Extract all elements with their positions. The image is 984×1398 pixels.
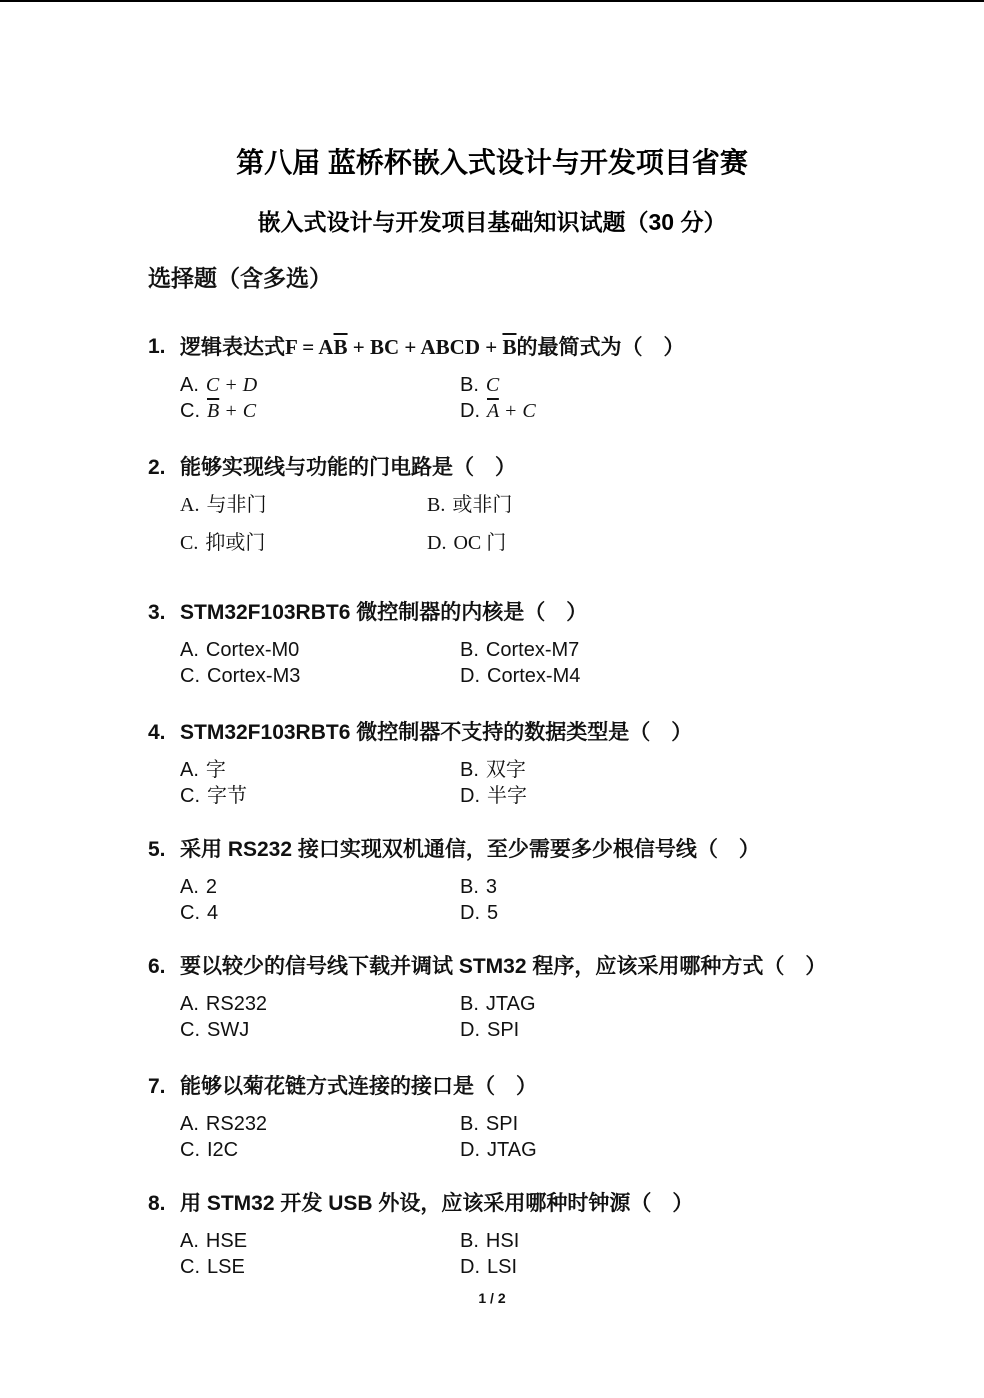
question-6-options: A.RS232 B.JTAG C.SWJ D.SPI (180, 991, 984, 1043)
question-1-stem: 1. 逻辑表达式F = AB + BC + ABCD + B的最简式为（ ） (148, 333, 984, 362)
question-6-option-c: C.SWJ (180, 1017, 460, 1043)
question-7-option-a: A.RS232 (180, 1111, 460, 1137)
exam-document-page: 第八届 蓝桥杯嵌入式设计与开发项目省赛 嵌入式设计与开发项目基础知识试题（30 … (0, 0, 984, 1398)
question-4-option-a: A.字 (180, 757, 460, 783)
question-6-option-b: B.JTAG (460, 991, 740, 1017)
question-3-option-b: B.Cortex-M7 (460, 637, 740, 663)
question-5-text: 采用 RS232 接口实现双机通信，至少需要多少根信号线（ ） (180, 836, 760, 864)
question-5-options: A.2 B.3 C.4 D.5 (180, 874, 984, 926)
question-8-stem: 8. 用 STM32 开发 USB 外设，应该采用哪种时钟源（ ） (148, 1190, 984, 1218)
question-5-number: 5. (148, 836, 180, 864)
question-3-option-d: D.Cortex-M4 (460, 663, 740, 689)
question-6-stem: 6. 要以较少的信号线下载并调试 STM32 程序，应该采用哪种方式（ ） (148, 953, 984, 981)
question-6-number: 6. (148, 953, 180, 981)
question-5-option-a: A.2 (180, 874, 460, 900)
question-4-number: 4. (148, 719, 180, 747)
question-3-option-a: A.Cortex-M0 (180, 637, 460, 663)
question-7-number: 7. (148, 1073, 180, 1101)
question-7-options: A.RS232 B.SPI C.I2C D.JTAG (180, 1111, 984, 1163)
question-2-number: 2. (148, 454, 180, 482)
question-6-option-a: A.RS232 (180, 991, 460, 1017)
question-3-text: STM32F103RBT6 微控制器的内核是（ ） (180, 599, 587, 627)
question-3-options: A.Cortex-M0 B.Cortex-M7 C.Cortex-M3 D.Co… (180, 637, 984, 689)
question-6: 6. 要以较少的信号线下载并调试 STM32 程序，应该采用哪种方式（ ） A.… (0, 953, 984, 1043)
question-1-options: A.C + D B.C C.B + C D.A + C (180, 372, 984, 424)
question-7-text: 能够以菊花链方式连接的接口是（ ） (180, 1073, 537, 1101)
question-4-options: A.字 B.双字 C.字节 D.半字 (180, 757, 984, 809)
question-5-option-d: D.5 (460, 900, 740, 926)
question-2-option-a: A.与非门 (180, 492, 427, 518)
question-2-option-c: C.抑或门 (180, 530, 427, 556)
question-1-text: 逻辑表达式F = AB + BC + ABCD + B的最简式为（ ） (180, 333, 684, 362)
question-7-option-c: C.I2C (180, 1137, 460, 1163)
question-5: 5. 采用 RS232 接口实现双机通信，至少需要多少根信号线（ ） A.2 B… (0, 836, 984, 926)
question-8-option-c: C.LSE (180, 1254, 460, 1280)
question-4-option-b: B.双字 (460, 757, 740, 783)
document-subtitle: 嵌入式设计与开发项目基础知识试题（30 分） (0, 180, 984, 236)
question-1-option-d: D.A + C (460, 398, 740, 424)
question-1-option-b: B.C (460, 372, 740, 398)
question-1-option-c: C.B + C (180, 398, 460, 424)
question-5-stem: 5. 采用 RS232 接口实现双机通信，至少需要多少根信号线（ ） (148, 836, 984, 864)
question-2-option-d: D.OC 门 (427, 530, 707, 556)
document-title: 第八届 蓝桥杯嵌入式设计与开发项目省赛 (0, 0, 984, 180)
question-2-stem: 2. 能够实现线与功能的门电路是（ ） (148, 454, 984, 482)
question-4-stem: 4. STM32F103RBT6 微控制器不支持的数据类型是（ ） (148, 719, 984, 747)
question-6-option-d: D.SPI (460, 1017, 740, 1043)
top-border-line (0, 0, 984, 2)
question-7: 7. 能够以菊花链方式连接的接口是（ ） A.RS232 B.SPI C.I2C… (0, 1073, 984, 1163)
question-2-option-b: B.或非门 (427, 492, 707, 518)
question-1: 1. 逻辑表达式F = AB + BC + ABCD + B的最简式为（ ） A… (0, 333, 984, 424)
question-4-option-d: D.半字 (460, 783, 740, 809)
question-8-option-a: A.HSE (180, 1228, 460, 1254)
question-1-option-a: A.C + D (180, 372, 460, 398)
question-4-option-c: C.字节 (180, 783, 460, 809)
question-3-option-c: C.Cortex-M3 (180, 663, 460, 689)
question-6-text: 要以较少的信号线下载并调试 STM32 程序，应该采用哪种方式（ ） (180, 953, 826, 981)
question-3-number: 3. (148, 599, 180, 627)
question-5-option-b: B.3 (460, 874, 740, 900)
boolean-formula: F = AB + BC + ABCD + B (285, 335, 516, 359)
page-number: 1 / 2 (0, 1290, 984, 1306)
question-8-text: 用 STM32 开发 USB 外设，应该采用哪种时钟源（ ） (180, 1190, 693, 1218)
question-7-option-b: B.SPI (460, 1111, 740, 1137)
question-2-options: A.与非门 B.或非门 C.抑或门 D.OC 门 (180, 492, 984, 556)
question-8-option-d: D.LSI (460, 1254, 740, 1280)
question-3: 3. STM32F103RBT6 微控制器的内核是（ ） A.Cortex-M0… (0, 599, 984, 689)
section-heading: 选择题（含多选） (0, 264, 984, 292)
question-7-stem: 7. 能够以菊花链方式连接的接口是（ ） (148, 1073, 984, 1101)
question-2-text: 能够实现线与功能的门电路是（ ） (180, 454, 516, 482)
question-8: 8. 用 STM32 开发 USB 外设，应该采用哪种时钟源（ ） A.HSE … (0, 1190, 984, 1280)
question-8-number: 8. (148, 1190, 180, 1218)
question-4-text: STM32F103RBT6 微控制器不支持的数据类型是（ ） (180, 719, 692, 747)
question-7-option-d: D.JTAG (460, 1137, 740, 1163)
question-2: 2. 能够实现线与功能的门电路是（ ） A.与非门 B.或非门 C.抑或门 D.… (0, 454, 984, 556)
question-8-option-b: B.HSI (460, 1228, 740, 1254)
question-4: 4. STM32F103RBT6 微控制器不支持的数据类型是（ ） A.字 B.… (0, 719, 984, 809)
question-1-number: 1. (148, 333, 180, 362)
question-3-stem: 3. STM32F103RBT6 微控制器的内核是（ ） (148, 599, 984, 627)
question-8-options: A.HSE B.HSI C.LSE D.LSI (180, 1228, 984, 1280)
question-5-option-c: C.4 (180, 900, 460, 926)
